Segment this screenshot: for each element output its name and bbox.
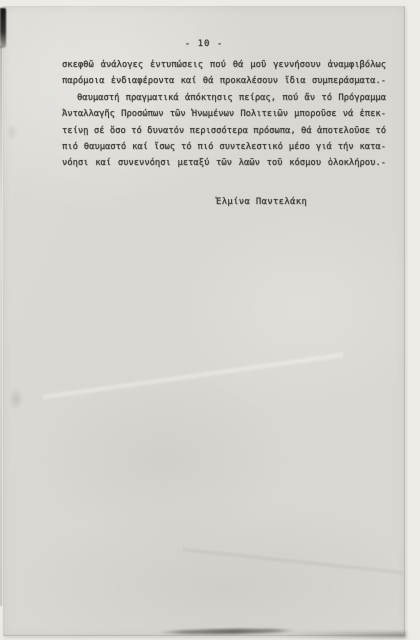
typewritten-line: νόησι καί συνεννόησι μεταξύ τῶν λαῶν τοῦ…	[62, 155, 386, 171]
typewritten-line: σκεφθῶ ἀνάλογες ἐντυπώσεις πού θά μοῦ γε…	[62, 57, 386, 73]
typewritten-line: πιό θαυμαστό καί ἴσως τό πιό συντελεστικ…	[62, 139, 386, 155]
scan-artifact-stain	[9, 388, 23, 410]
typewritten-line: Ἀνταλλαγῆς Προσώπων τῶν Ἡνωμένων Πολιτει…	[62, 106, 386, 122]
paper-crease	[43, 346, 343, 406]
typewritten-line: παρόμοια ἐνδιαφέροντα καί θά προκαλέσουν…	[62, 73, 386, 89]
scan-artifact-bottom-smudge	[158, 628, 296, 635]
paper-crease	[183, 536, 403, 586]
scan-artifact-stain	[7, 124, 17, 140]
page-number-header: - 10 -	[3, 39, 405, 49]
scan-artifact-bottom-right-shadow	[286, 632, 406, 638]
typewritten-body: σκεφθῶ ἀνάλογες ἐντυπώσεις πού θά μοῦ γε…	[62, 57, 386, 172]
author-signature: Ἑλμίνα Παντελάκη	[216, 197, 307, 207]
page-left-edge-shadow	[0, 46, 2, 606]
scanned-page: - 10 - σκεφθῶ ἀνάλογες ἐντυπώσεις πού θά…	[3, 6, 405, 636]
typewritten-line: θαυμαστή πραγματικά ἀπόκτησις πείρας, πο…	[62, 90, 386, 106]
typewritten-line: τείνῃ σέ ὅσο τό δυνατόν περισσότερα πρόσ…	[62, 123, 386, 139]
